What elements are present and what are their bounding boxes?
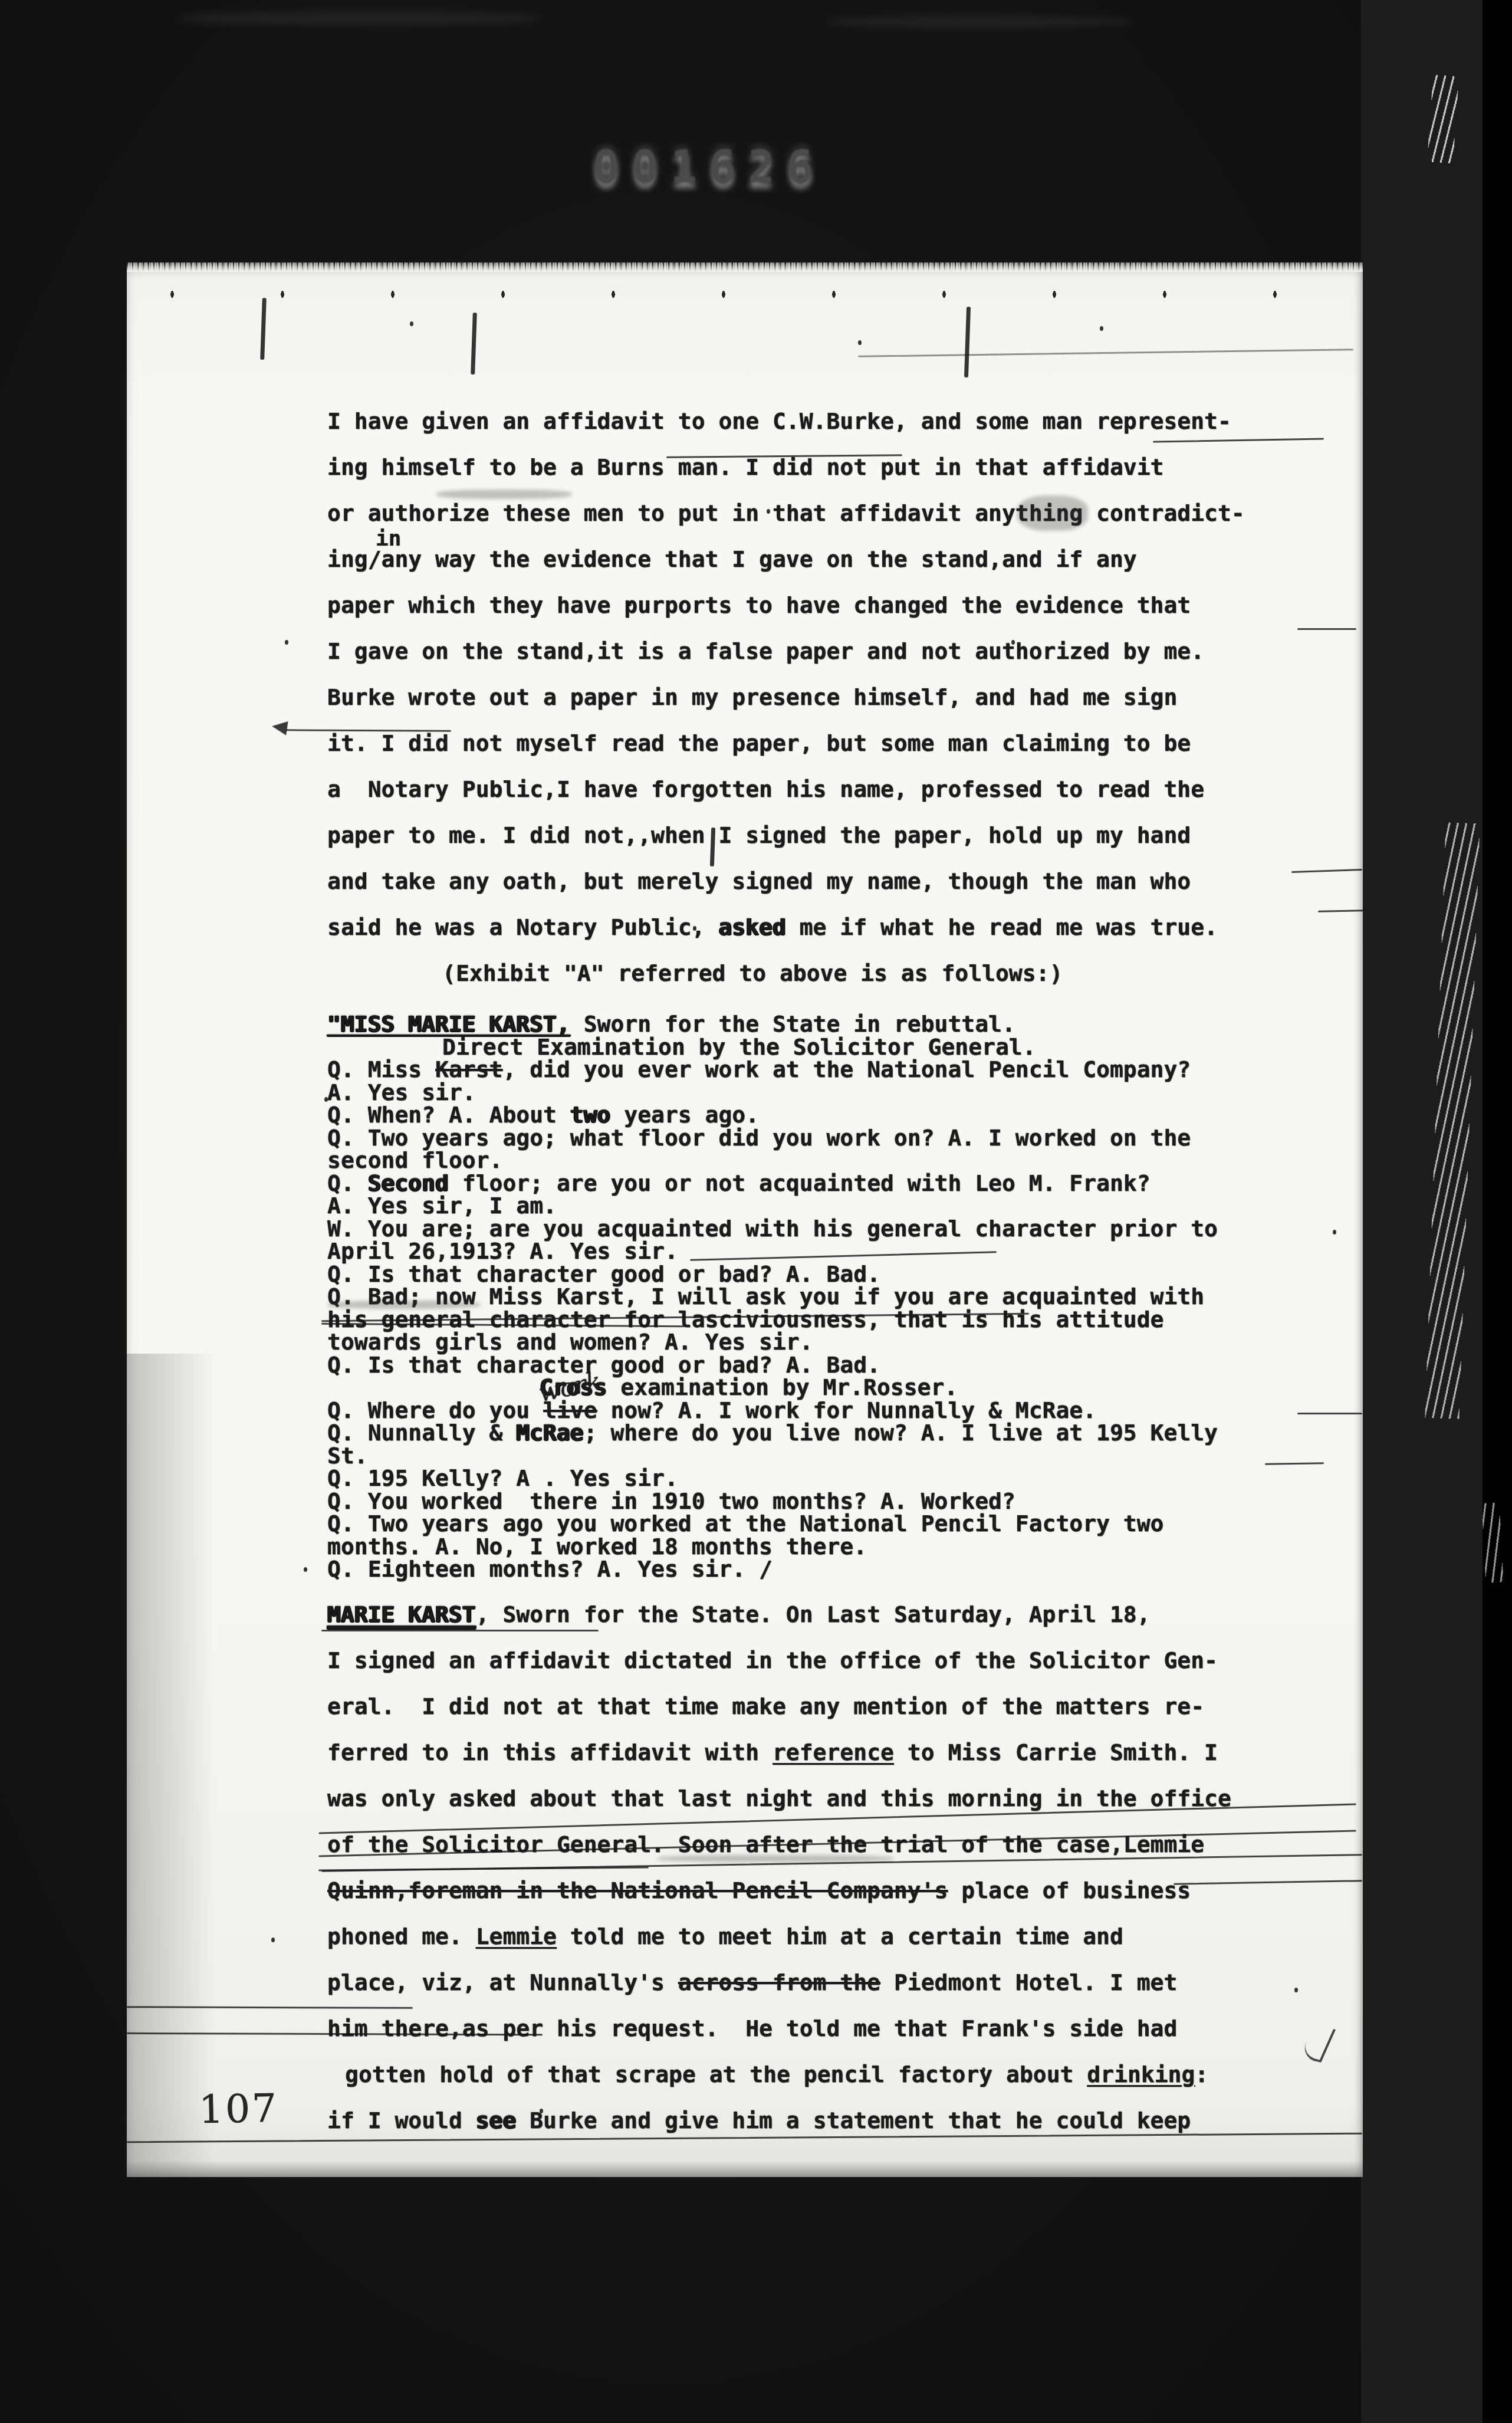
section-marie-karst-statement: MARIE KARST, Sworn for the State. On Las… [327,1591,1365,2143]
text-line: A. Yes sir, I am. [327,1194,1365,1217]
ink-smudge [658,1855,893,1862]
ink-speck [304,1567,307,1572]
text-line: Q. Two years ago; what floor did you wor… [327,1127,1365,1150]
text-segment: W. You are; are you acquainted with his … [327,1216,1218,1242]
text-segment: second floor. [327,1147,502,1173]
text-line: Q. 195 Kelly? A . Yes sir. [327,1467,1365,1490]
text-segment: A. Yes sir, I am. [327,1193,557,1219]
margin-arrow-mark [271,719,288,735]
text-line: Q. Second floor; are you or not acquaint… [327,1172,1365,1195]
film-haze [177,11,543,26]
ink-speck [324,1097,328,1102]
typed-insertion-in: in [376,527,401,551]
text-line: Quinn,foreman in the National Pencil Com… [327,1867,1365,1913]
text-segment: MARIE KARST [327,1601,476,1627]
text-segment: St. [327,1443,368,1469]
text-segment: paper to me. I did not,,when I signed th… [327,822,1191,848]
text-segment: I signed an affidavit dictated in the of… [327,1647,1218,1673]
ink-speck [1294,1988,1298,1992]
text-segment: see [476,2107,517,2133]
ink-speck [540,2109,543,2113]
text-segment: ; where do you live now? A. I live at 19… [584,1420,1218,1446]
text-segment: paper which they have purports to have c… [327,592,1191,618]
text-segment: floor; are you or not acquainted with Le… [449,1170,1151,1196]
text-segment: Q. Two years ago; what floor did you wor… [327,1125,1191,1151]
text-segment: place, viz, at Nunnally's [327,1969,678,1995]
text-segment: Q. 195 Kelly? A . Yes sir. [327,1465,678,1491]
text-line: Q. Miss Karst, did you ever work at the … [327,1058,1365,1081]
text-segment: two [570,1102,611,1128]
text-segment: , did you ever work at the National Penc… [502,1056,1191,1082]
text-segment: Q. Miss [327,1056,435,1082]
scanned-page: I have given an affidavit to one C.W.Bur… [127,262,1363,2177]
text-segment: gotten hold of that scrape at the pencil… [345,2061,1087,2087]
affidavit-text: I have given an affidavit to one C.W.Bur… [327,398,1365,2143]
text-line: months. A. No, I worked 18 months there. [327,1535,1365,1558]
ink-speck [628,602,632,606]
text-segment: "MISS MARIE KARST, [327,1011,570,1037]
section-affidavit-body: I have given an affidavit to one C.W.Bur… [327,398,1365,996]
text-line: towards girls and women? A. Yes sir. [327,1331,1365,1354]
ink-speck [271,1938,275,1942]
ink-speck [767,509,770,514]
text-line: Direct Examination by the Solicitor Gene… [327,1036,1365,1059]
text-line: place, viz, at Nunnally's across from th… [327,1959,1365,2005]
text-line: A. Yes sir. [327,1081,1365,1104]
text-line: (Exhibit "A" referred to above is as fol… [327,950,1365,996]
text-line: second floor. [327,1149,1365,1172]
text-segment: I gave on the stand,it is a false paper … [327,638,1204,664]
film-haze [826,15,1132,28]
text-line: ing/any way the evidence that I gave on … [327,536,1365,582]
scratch-mark [858,349,1353,357]
text-line: Q. Bad; now Miss Karst, I will ask you i… [327,1285,1365,1308]
text-line: Q. Where do you live now? A. I work for … [327,1399,1365,1422]
page-edge-fringe [127,262,1363,272]
film-black-edge [1483,0,1512,2423]
text-segment: ing himself to be a Burns man. I did not… [327,454,1163,480]
text-segment: Lemmie [476,1923,557,1949]
text-segment: examination by Mr.Rosser. [607,1374,958,1400]
text-line: gotten hold of that scrape at the pencil… [327,2051,1365,2097]
ink-speck [858,340,862,345]
ink-streak [260,298,267,360]
text-segment: asked [718,914,785,940]
text-segment: I have given an affidavit to one C.W.Bur… [327,408,1231,434]
text-line: Q. Two years ago you worked at the Natio… [327,1512,1365,1535]
text-line: paper to me. I did not,,when I signed th… [327,812,1365,858]
ink-speck [1333,1230,1336,1235]
text-segment: months. A. No, I worked 18 months there. [327,1534,867,1559]
text-segment: McRae [516,1420,583,1446]
text-segment: phoned me. [327,1923,476,1949]
text-line: "MISS MARIE KARST, Sworn for the State i… [327,1013,1365,1036]
page-bottom-shading [127,2161,1363,2177]
scratch-mark [1297,628,1356,630]
page-left-shading [127,1354,215,2177]
text-segment: Karst [435,1056,502,1082]
text-segment: place of business [948,1877,1191,1903]
ink-streak [964,307,971,377]
text-segment: (Exhibit "A" referred to above is as fol… [442,960,1063,986]
text-segment: was only asked about that last night and… [327,1785,1231,1811]
text-line: Q. You worked there in 1910 two months? … [327,1490,1365,1513]
section-exhibit-a: "MISS MARIE KARST, Sworn for the State i… [327,1013,1365,1581]
text-line: Q. Eighteen months? A. Yes sir. / [327,1558,1365,1581]
text-line: ing himself to be a Burns man. I did not… [327,444,1365,490]
text-line: St. [327,1444,1365,1467]
text-segment: Q. Is that character good or bad? A. Bad… [327,1261,880,1287]
ink-speck [982,2067,985,2072]
microfilm-scan: 001626 I have given an affidavit to one … [0,0,1512,2423]
text-line: said he was a Notary Public, asked me if… [327,904,1365,950]
text-segment: Burke wrote out a paper in my presence h… [327,684,1177,710]
text-line: W. You are; are you acquainted with his … [327,1217,1365,1240]
ink-smudge [327,1301,481,1309]
text-segment: Q. Is that character good or bad? A. Bad… [327,1352,880,1378]
ink-speck [410,321,413,326]
text-segment: , Sworn for the State. On Last Saturday,… [476,1601,1151,1627]
text-segment: me if what he read me was true. [786,914,1218,940]
text-segment: now? A. I work for Nunnally & McRae. [597,1397,1096,1423]
text-segment: Q. Where do you [327,1397,543,1423]
perforation-dots [168,287,1342,303]
text-line: ferred to in this affidavit with referen… [327,1729,1365,1775]
text-segment: Burke and give him a statement that he c… [516,2107,1191,2133]
text-segment: eral. I did not at that time make any me… [327,1693,1204,1719]
text-line: him there,as per his request. He told me… [327,2005,1365,2051]
text-line: I signed an affidavit dictated in the of… [327,1637,1365,1683]
text-line: a Notary Public,I have forgotten his nam… [327,766,1365,812]
text-segment: or authorize these men to put in that af… [327,500,1245,526]
ink-speck [693,926,696,931]
text-segment: Q. You worked there in 1910 two months? … [327,1488,1015,1514]
ink-speck [1100,326,1103,331]
text-segment: Q. [327,1170,368,1196]
text-segment: to Miss Carrie Smith. I [894,1739,1218,1765]
text-segment: April 26,1913? A. Yes sir. [327,1238,678,1264]
text-segment: towards girls and women? A. Yes sir. [327,1329,813,1355]
ink-streak [471,313,477,375]
text-segment: Quinn,foreman in the National Pencil Com… [327,1877,948,1903]
text-segment: Q. Two years ago you worked at the Natio… [327,1511,1163,1536]
text-segment: drinking [1087,2061,1195,2087]
text-line: and take any oath, but merely signed my … [327,858,1365,904]
text-line: I gave on the stand,it is a false paper … [327,628,1365,674]
text-line: eral. I did not at that time make any me… [327,1683,1365,1729]
text-line: Burke wrote out a paper in my presence h… [327,674,1365,720]
text-segment: across from the [678,1969,880,1995]
ink-speck [516,1749,520,1754]
text-segment: years ago. [610,1102,759,1128]
text-segment: : [1195,2061,1208,2087]
ink-smudge [436,490,572,499]
text-line: was only asked about that last night and… [327,1775,1365,1821]
text-segment: Second [368,1170,449,1196]
scratch-mark [1297,1413,1362,1414]
text-segment: told me to meet him at a certain time an… [557,1923,1123,1949]
text-line: Q. Is that character good or bad? A. Bad… [327,1354,1365,1377]
text-segment: Piedmont Hotel. I met [880,1969,1177,1995]
text-segment: ferred to in this affidavit with [327,1739,773,1765]
text-line: phoned me. Lemmie told me to meet him at… [327,1913,1365,1959]
text-line: paper which they have purports to have c… [327,582,1365,628]
text-line: it. I did not myself read the paper, but… [327,720,1365,766]
text-segment: and take any oath, but merely signed my … [327,868,1191,894]
text-segment: Q. When? A. About [327,1102,570,1128]
text-segment: said he was a Notary Public, [327,914,718,940]
text-segment: it. I did not myself read the paper, but… [327,730,1191,756]
text-line: Q. Nunnally & McRae; where do you live n… [327,1421,1365,1444]
text-segment: reference [773,1739,894,1765]
text-line: I have given an affidavit to one C.W.Bur… [327,398,1365,444]
text-line: Cross examination by Mr.Rosser. [327,1376,1365,1399]
text-line: Q. When? A. About two years ago. [327,1104,1365,1127]
text-segment: Q. Nunnally & [327,1420,516,1446]
text-segment: Sworn for the State in rebuttal. [570,1011,1015,1037]
text-segment: if I would [327,2107,476,2133]
ink-smudge [1017,495,1088,531]
text-segment: ing/any way the evidence that I gave on … [327,546,1137,572]
ink-speck [285,640,288,645]
film-frame-number: 001626 [593,140,826,193]
text-line: Q. Is that character good or bad? A. Bad… [327,1263,1365,1286]
page-number: 107 [198,2086,278,2132]
text-segment: Direct Examination by the Solicitor Gene… [442,1034,1036,1060]
scratch-mark [321,1630,599,1631]
text-segment: him there,as per his request. He told me… [327,2015,1177,2041]
text-segment: A. Yes sir. [327,1079,476,1105]
text-segment: Q. Eighteen months? A. Yes sir. / [327,1556,773,1582]
text-line: April 26,1913? A. Yes sir. [327,1240,1365,1263]
text-segment: a Notary Public,I have forgotten his nam… [327,776,1204,802]
ink-speck [1011,640,1015,645]
